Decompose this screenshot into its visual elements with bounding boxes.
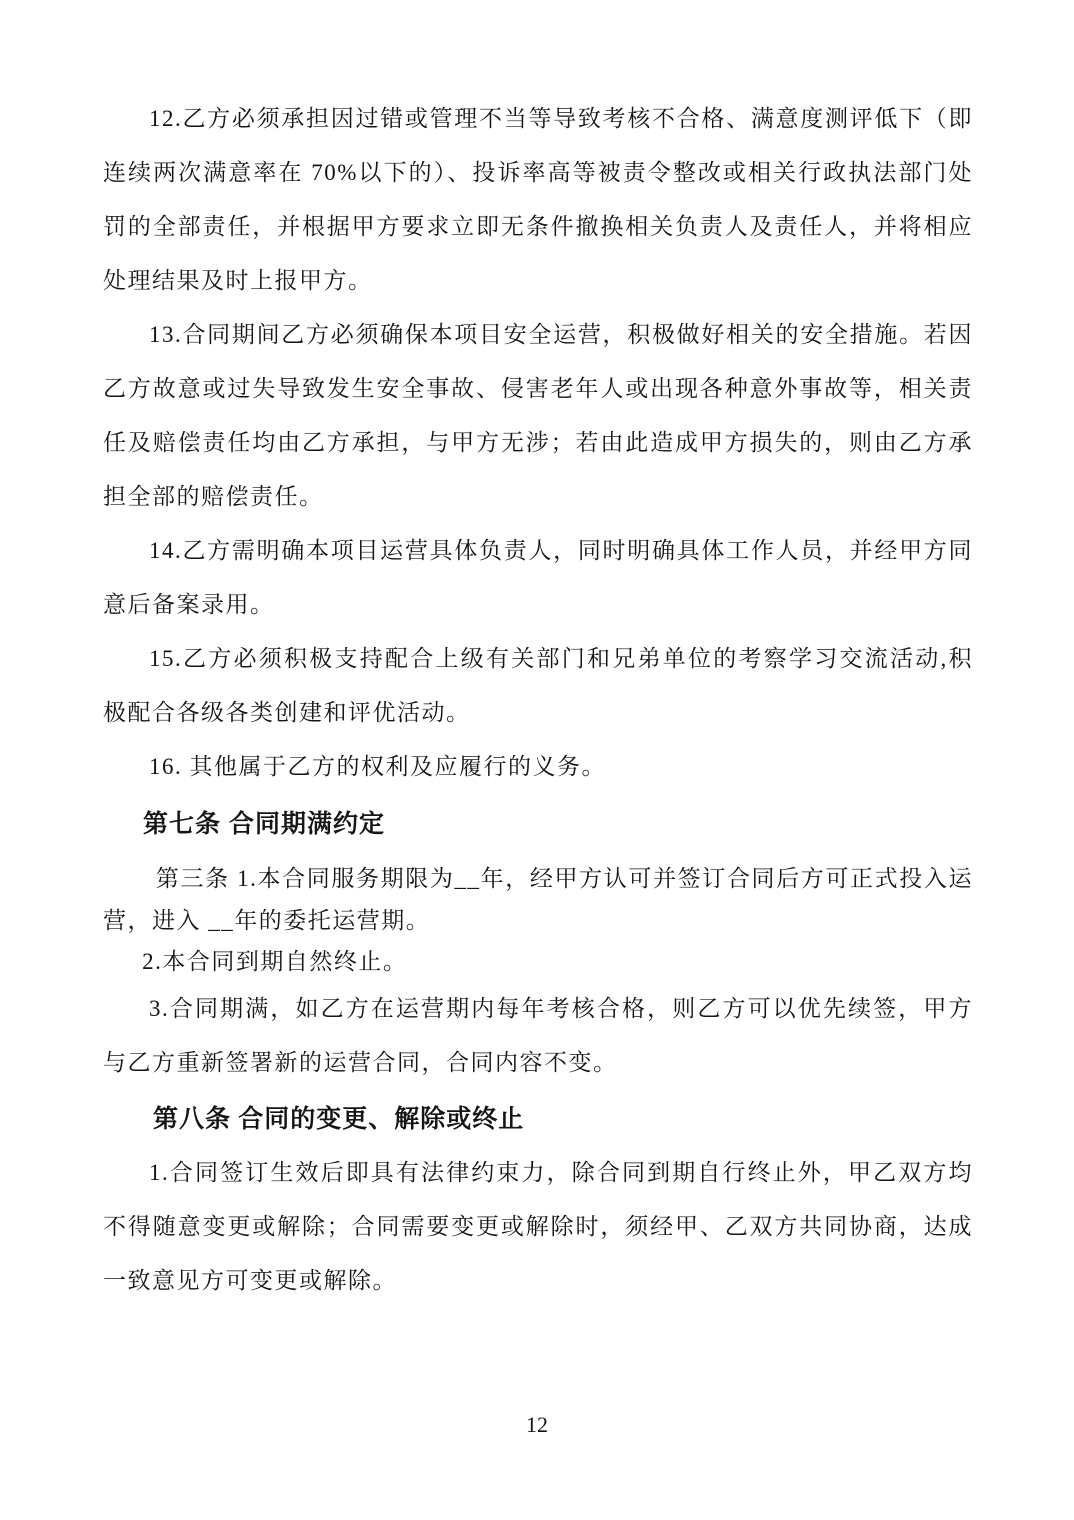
clause-item-14: 14.乙方需明确本项目运营具体负责人，同时明确具体工作人员，并经甲方同意后备案录… bbox=[103, 524, 973, 632]
clause-8-item-1: 1.合同签订生效后即具有法律约束力，除合同到期自行终止外，甲乙双方均不得随意变更… bbox=[103, 1146, 973, 1308]
clause-7-item-3: 3.合同期满，如乙方在运营期内每年考核合格，则乙方可以优先续签，甲方与乙方重新签… bbox=[103, 982, 973, 1090]
document-body: 12.乙方必须承担因过错或管理不当等导致考核不合格、满意度测评低下（即连续两次满… bbox=[103, 92, 973, 1308]
clause-8-heading: 第八条 合同的变更、解除或终止 bbox=[103, 1100, 973, 1140]
clause-7-heading: 第七条 合同期满约定 bbox=[103, 804, 973, 844]
clause-item-15: 15.乙方必须积极支持配合上级有关部门和兄弟单位的考察学习交流活动,积极配合各级… bbox=[103, 632, 973, 740]
clause-item-13: 13.合同期间乙方必须确保本项目安全运营，积极做好相关的安全措施。若因乙方故意或… bbox=[103, 308, 973, 524]
clause-item-16: 16. 其他属于乙方的权利及应履行的义务。 bbox=[103, 740, 973, 794]
clause-7-item-2: 2.本合同到期自然终止。 bbox=[103, 942, 973, 982]
contract-document-page: 12.乙方必须承担因过错或管理不当等导致考核不合格、满意度测评低下（即连续两次满… bbox=[0, 0, 1074, 1520]
page-number: 12 bbox=[0, 1412, 1074, 1438]
clause-item-12: 12.乙方必须承担因过错或管理不当等导致考核不合格、满意度测评低下（即连续两次满… bbox=[103, 92, 973, 308]
clause-7-item-1: 第三条 1.本合同服务期限为__年，经甲方认可并签订合同后方可正式投入运营，进入… bbox=[103, 858, 973, 942]
